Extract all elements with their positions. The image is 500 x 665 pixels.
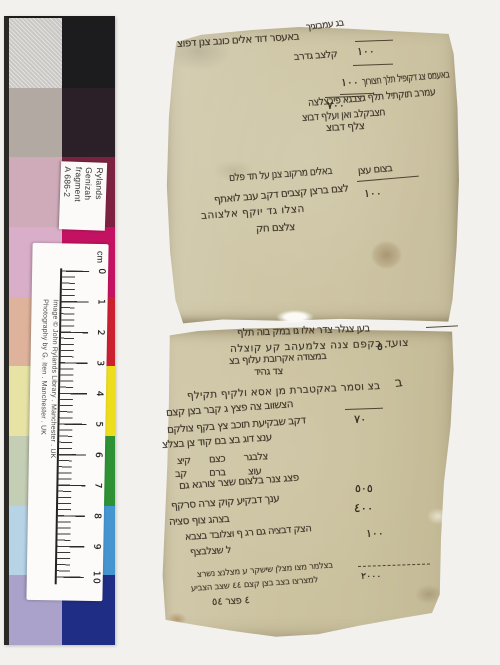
ruler-number: 2 [95,330,104,337]
numeral-annotation: ١٠٠ [357,46,375,57]
shelfmark-line: Rylands [92,167,105,230]
numeral-annotation: ٥٠٥ [355,483,373,494]
shelfmark-line: fragment [71,167,84,230]
ruler-number: 0 [96,268,105,275]
handwriting-line: ב [394,376,403,390]
ruler-number: 7 [92,483,101,490]
handwriting-line: ל שצלבצף [190,546,231,558]
ink-rule [426,325,458,328]
ruler-number: 8 [92,513,101,520]
handwriting-line: ٤ פצר ٥٤ [212,596,250,608]
ruler-unit-label: cm [95,251,105,263]
numeral-annotation: ١٠٠ [364,188,382,199]
numeral-annotation: ٧٠ [354,414,366,426]
shelfmark-line: Genizah [82,167,95,230]
ruler-number: 4 [94,391,103,398]
ruler-number: 3 [94,360,103,367]
ruler-number: 9 [91,544,100,551]
photography-credit-line: Photography by G. Iten . Manchester . UK [39,299,48,435]
numeral-annotation: ١٠٠ [366,528,384,539]
ruler-number: 5 [93,421,102,428]
handwriting-line: צלצם חק [256,222,295,235]
shelfmark-label: Rylands Genizah fragment A 686-2 [59,161,107,231]
numeral-annotation: ٧٠٠ [327,100,345,111]
cm-ruler-label: cm 0 1 2 3 4 5 6 7 8 9 10 Image © John R… [26,243,108,601]
ruler-number: 6 [93,452,102,459]
handwriting-line: צלף דבוצ [326,121,365,133]
fold-tear-highlight [276,310,314,324]
numeral-annotation: ١٠٠ [341,77,359,88]
ruler-number: 10 [91,571,100,586]
handwriting-line: צד גהיד [254,367,283,378]
archival-photo-stage: Rylands Genizah fragment A 686-2 cm 0 1 … [0,0,500,665]
numeral-annotation: ٢٠٠٠ [361,572,381,582]
numeral-annotation: ٤٠٠ [354,502,373,514]
ruler-number: 1 [96,299,105,306]
